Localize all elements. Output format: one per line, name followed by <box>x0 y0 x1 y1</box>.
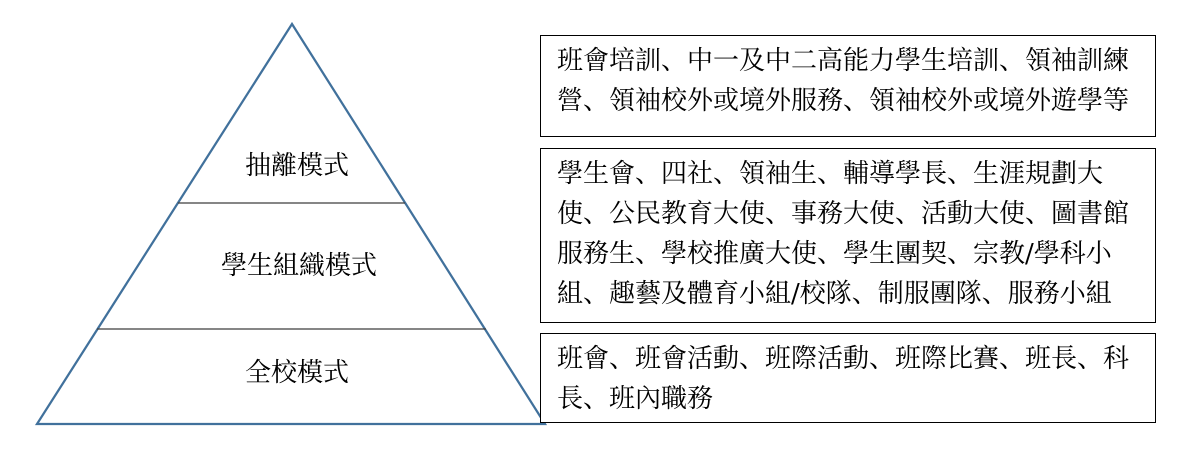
pyramid-level-1-label: 抽離模式 <box>245 146 349 186</box>
note-box-bottom-text: 班會、班會活動、班際活動、班際比賽、班長、科 長、班內職務 <box>557 339 1139 419</box>
note-box-middle: 學生會、四社、領袖生、輔導學長、生涯規劃大 使、公民教育大使、事務大使、活動大使… <box>540 148 1156 323</box>
pyramid-level-3-label: 全校模式 <box>245 353 349 393</box>
note-box-top: 班會培訓、中一及中二高能力學生培訓、領袖訓練 營、領袖校外或境外服務、領袖校外或… <box>540 35 1156 137</box>
note-box-top-text: 班會培訓、中一及中二高能力學生培訓、領袖訓練 營、領袖校外或境外服務、領袖校外或… <box>557 41 1139 121</box>
note-box-middle-text: 學生會、四社、領袖生、輔導學長、生涯規劃大 使、公民教育大使、事務大使、活動大使… <box>557 154 1139 314</box>
pyramid-diagram: 抽離模式 學生組織模式 全校模式 班會培訓、中一及中二高能力學生培訓、領袖訓練 … <box>0 0 1193 452</box>
pyramid-level-2-label: 學生組織模式 <box>221 246 377 286</box>
note-box-bottom: 班會、班會活動、班際活動、班際比賽、班長、科 長、班內職務 <box>540 333 1156 423</box>
